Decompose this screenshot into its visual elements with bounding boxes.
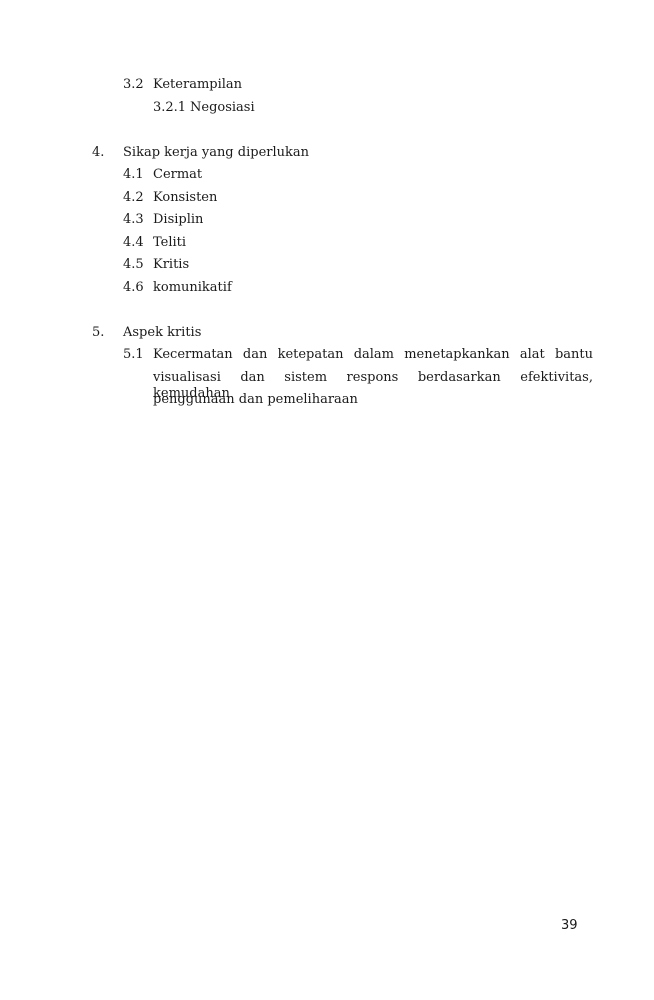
paragraph-line: penggunaan dan pemeliharaan	[153, 392, 593, 408]
section-number: 4.	[92, 145, 104, 161]
paragraph-line: Kecermatan dan ketepatan dalam menetapka…	[153, 347, 593, 363]
list-item-number: 4.2	[123, 190, 144, 206]
list-item-number: 5.1	[123, 347, 144, 363]
list-item-label: Konsisten	[153, 190, 217, 206]
list-item-number: 4.4	[123, 235, 144, 251]
item-number: 3.2	[123, 77, 144, 93]
list-item-label: komunikatif	[153, 280, 232, 296]
subitem-label: Negosiasi	[190, 100, 255, 116]
list-item-number: 4.3	[123, 212, 144, 228]
section-title: Sikap kerja yang diperlukan	[123, 145, 309, 161]
item-label: Keterampilan	[153, 77, 242, 93]
section-title: Aspek kritis	[123, 325, 201, 341]
list-item-label: Kritis	[153, 257, 189, 273]
list-item-label: Cermat	[153, 167, 202, 183]
section-number: 5.	[92, 325, 104, 341]
subitem-number: 3.2.1	[153, 100, 186, 116]
list-item-number: 4.6	[123, 280, 144, 296]
list-item-label: Teliti	[153, 235, 186, 251]
list-item-number: 4.5	[123, 257, 144, 273]
list-item-label: Disiplin	[153, 212, 203, 228]
list-item-number: 4.1	[123, 167, 144, 183]
page-number: 39	[561, 918, 578, 933]
